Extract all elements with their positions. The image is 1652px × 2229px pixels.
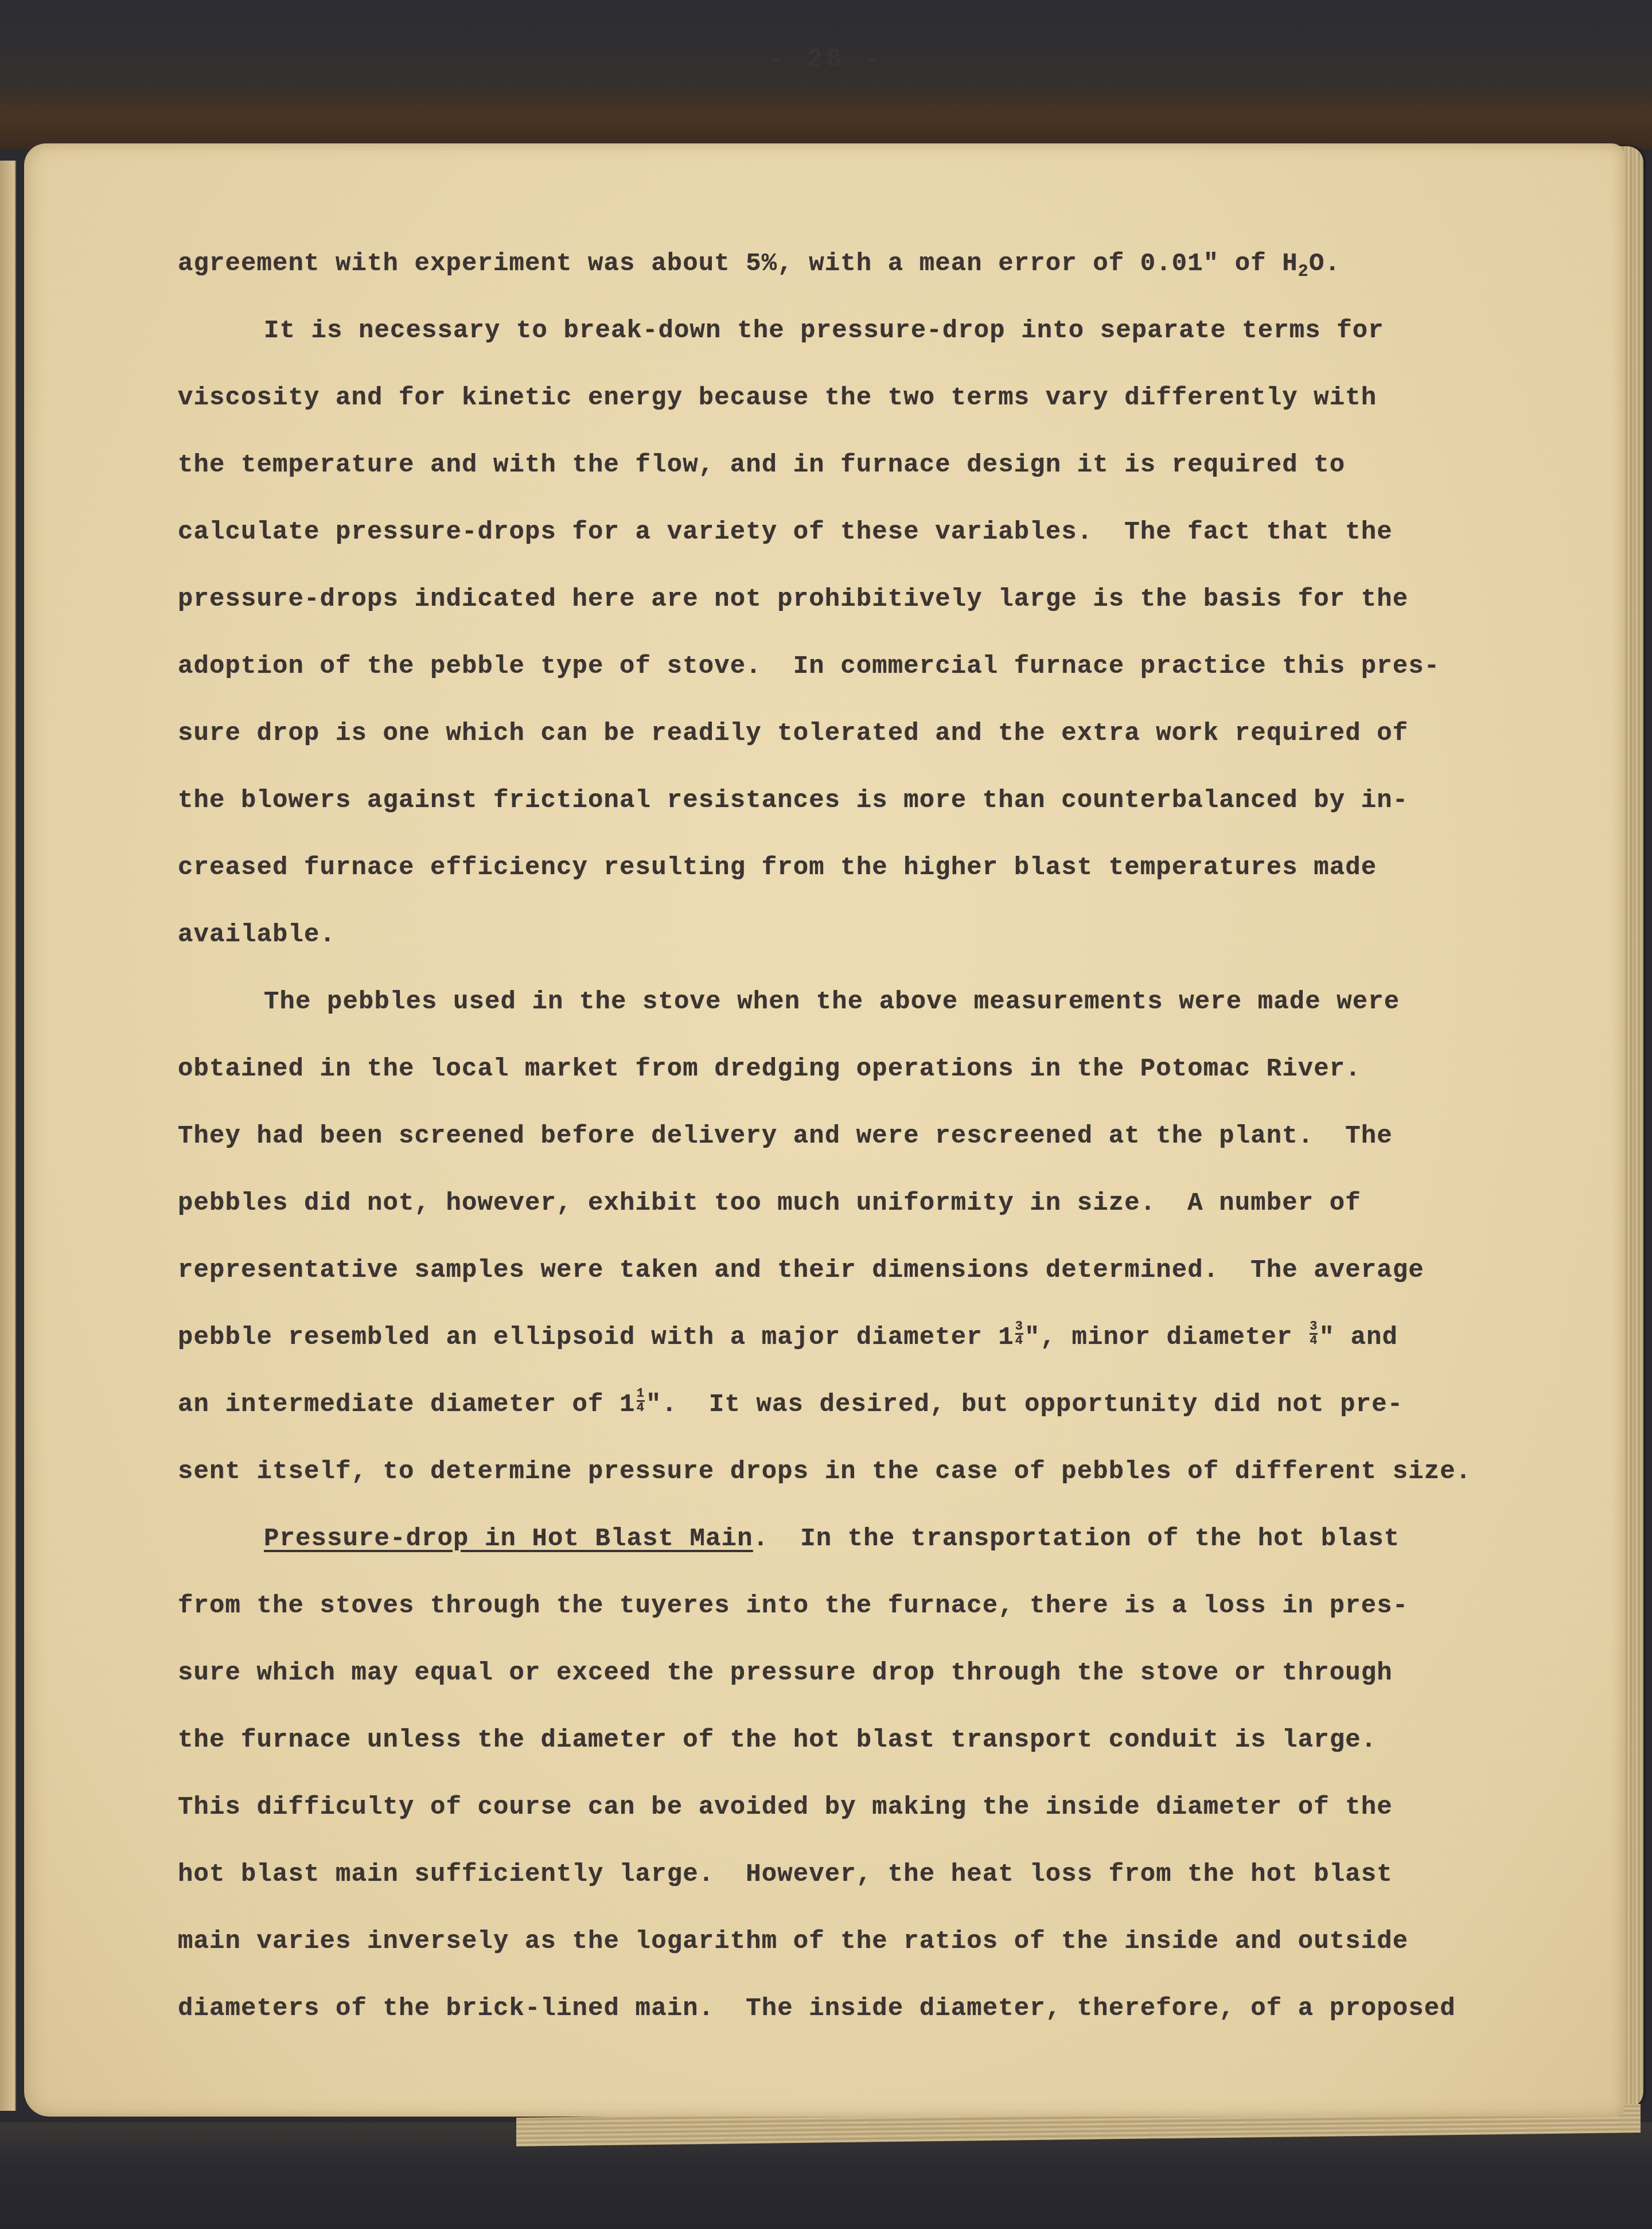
line-text: " and [1319,1323,1398,1352]
fraction-numerator: 3 [1015,1320,1023,1335]
line-text: . In the transportation of the hot blast [753,1525,1400,1553]
text-line: This difficulty of course can be avoided… [178,1784,1577,1852]
text-line: an intermediate diameter of 114". It was… [178,1382,1577,1449]
fraction: 34 [1308,1320,1319,1347]
text-line: calculate pressure-drops for a variety o… [178,509,1577,576]
line-text: ", minor diameter [1024,1323,1308,1352]
text-line: creased furnace efficiency resulting fro… [178,845,1577,912]
text-line: the furnace unless the diameter of the h… [178,1717,1577,1784]
text-line: diameters of the brick-lined main. The i… [178,1986,1577,2053]
text-line: The pebbles used in the stove when the a… [178,979,1577,1046]
fraction-numerator: 1 [637,1388,645,1402]
text-line: hot blast main sufficiently large. Howev… [178,1852,1577,1919]
text-line: from the stoves through the tuyeres into… [178,1583,1577,1650]
fraction-denominator: 4 [637,1402,645,1414]
fraction-denominator: 4 [1310,1335,1318,1347]
text-line: sent itself, to determine pressure drops… [178,1449,1577,1516]
text-line: pressure-drops indicated here are not pr… [178,576,1577,644]
fraction: 34 [1014,1320,1024,1347]
page-number: - 28 - [0,45,1652,75]
fraction-denominator: 4 [1015,1335,1023,1347]
text-line: the temperature and with the flow, and i… [178,442,1577,509]
text-line: They had been screened before delivery a… [178,1113,1577,1180]
text-line: representative samples were taken and th… [178,1248,1577,1315]
background-fabric-top [0,0,1652,149]
fraction: 14 [636,1388,646,1414]
text-line: It is necessary to break-down the pressu… [178,308,1577,375]
line-text: agreement with experiment was about 5%, … [178,250,1298,278]
text-line: agreement with experiment was about 5%, … [178,241,1577,308]
line-text: pebble resembled an ellipsoid with a maj… [178,1323,1014,1352]
text-line: main varies inversely as the logarithm o… [178,1919,1577,1986]
text-line: pebble resembled an ellipsoid with a maj… [178,1315,1577,1382]
text-line: sure which may equal or exceed the press… [178,1650,1577,1717]
subscript: 2 [1298,262,1309,282]
line-text: an intermediate diameter of 1 [178,1390,636,1419]
body-text: agreement with experiment was about 5%, … [178,241,1577,2053]
facing-page-edge [0,161,16,2111]
text-line: pebbles did not, however, exhibit too mu… [178,1180,1577,1248]
text-line: adoption of the pebble type of stove. In… [178,644,1577,711]
text-line: obtained in the local market from dredgi… [178,1046,1577,1113]
line-text: ". It was desired, but opportunity did n… [646,1390,1403,1419]
text-line: available. [178,912,1577,979]
line-text: O. [1309,250,1341,278]
text-line: viscosity and for kinetic energy because… [178,375,1577,442]
section-heading: Pressure-drop in Hot Blast Main [264,1525,753,1553]
fraction-numerator: 3 [1310,1320,1318,1335]
text-line: Pressure-drop in Hot Blast Main. In the … [178,1516,1577,1583]
text-line: sure drop is one which can be readily to… [178,711,1577,778]
text-line: the blowers against frictional resistanc… [178,778,1577,845]
